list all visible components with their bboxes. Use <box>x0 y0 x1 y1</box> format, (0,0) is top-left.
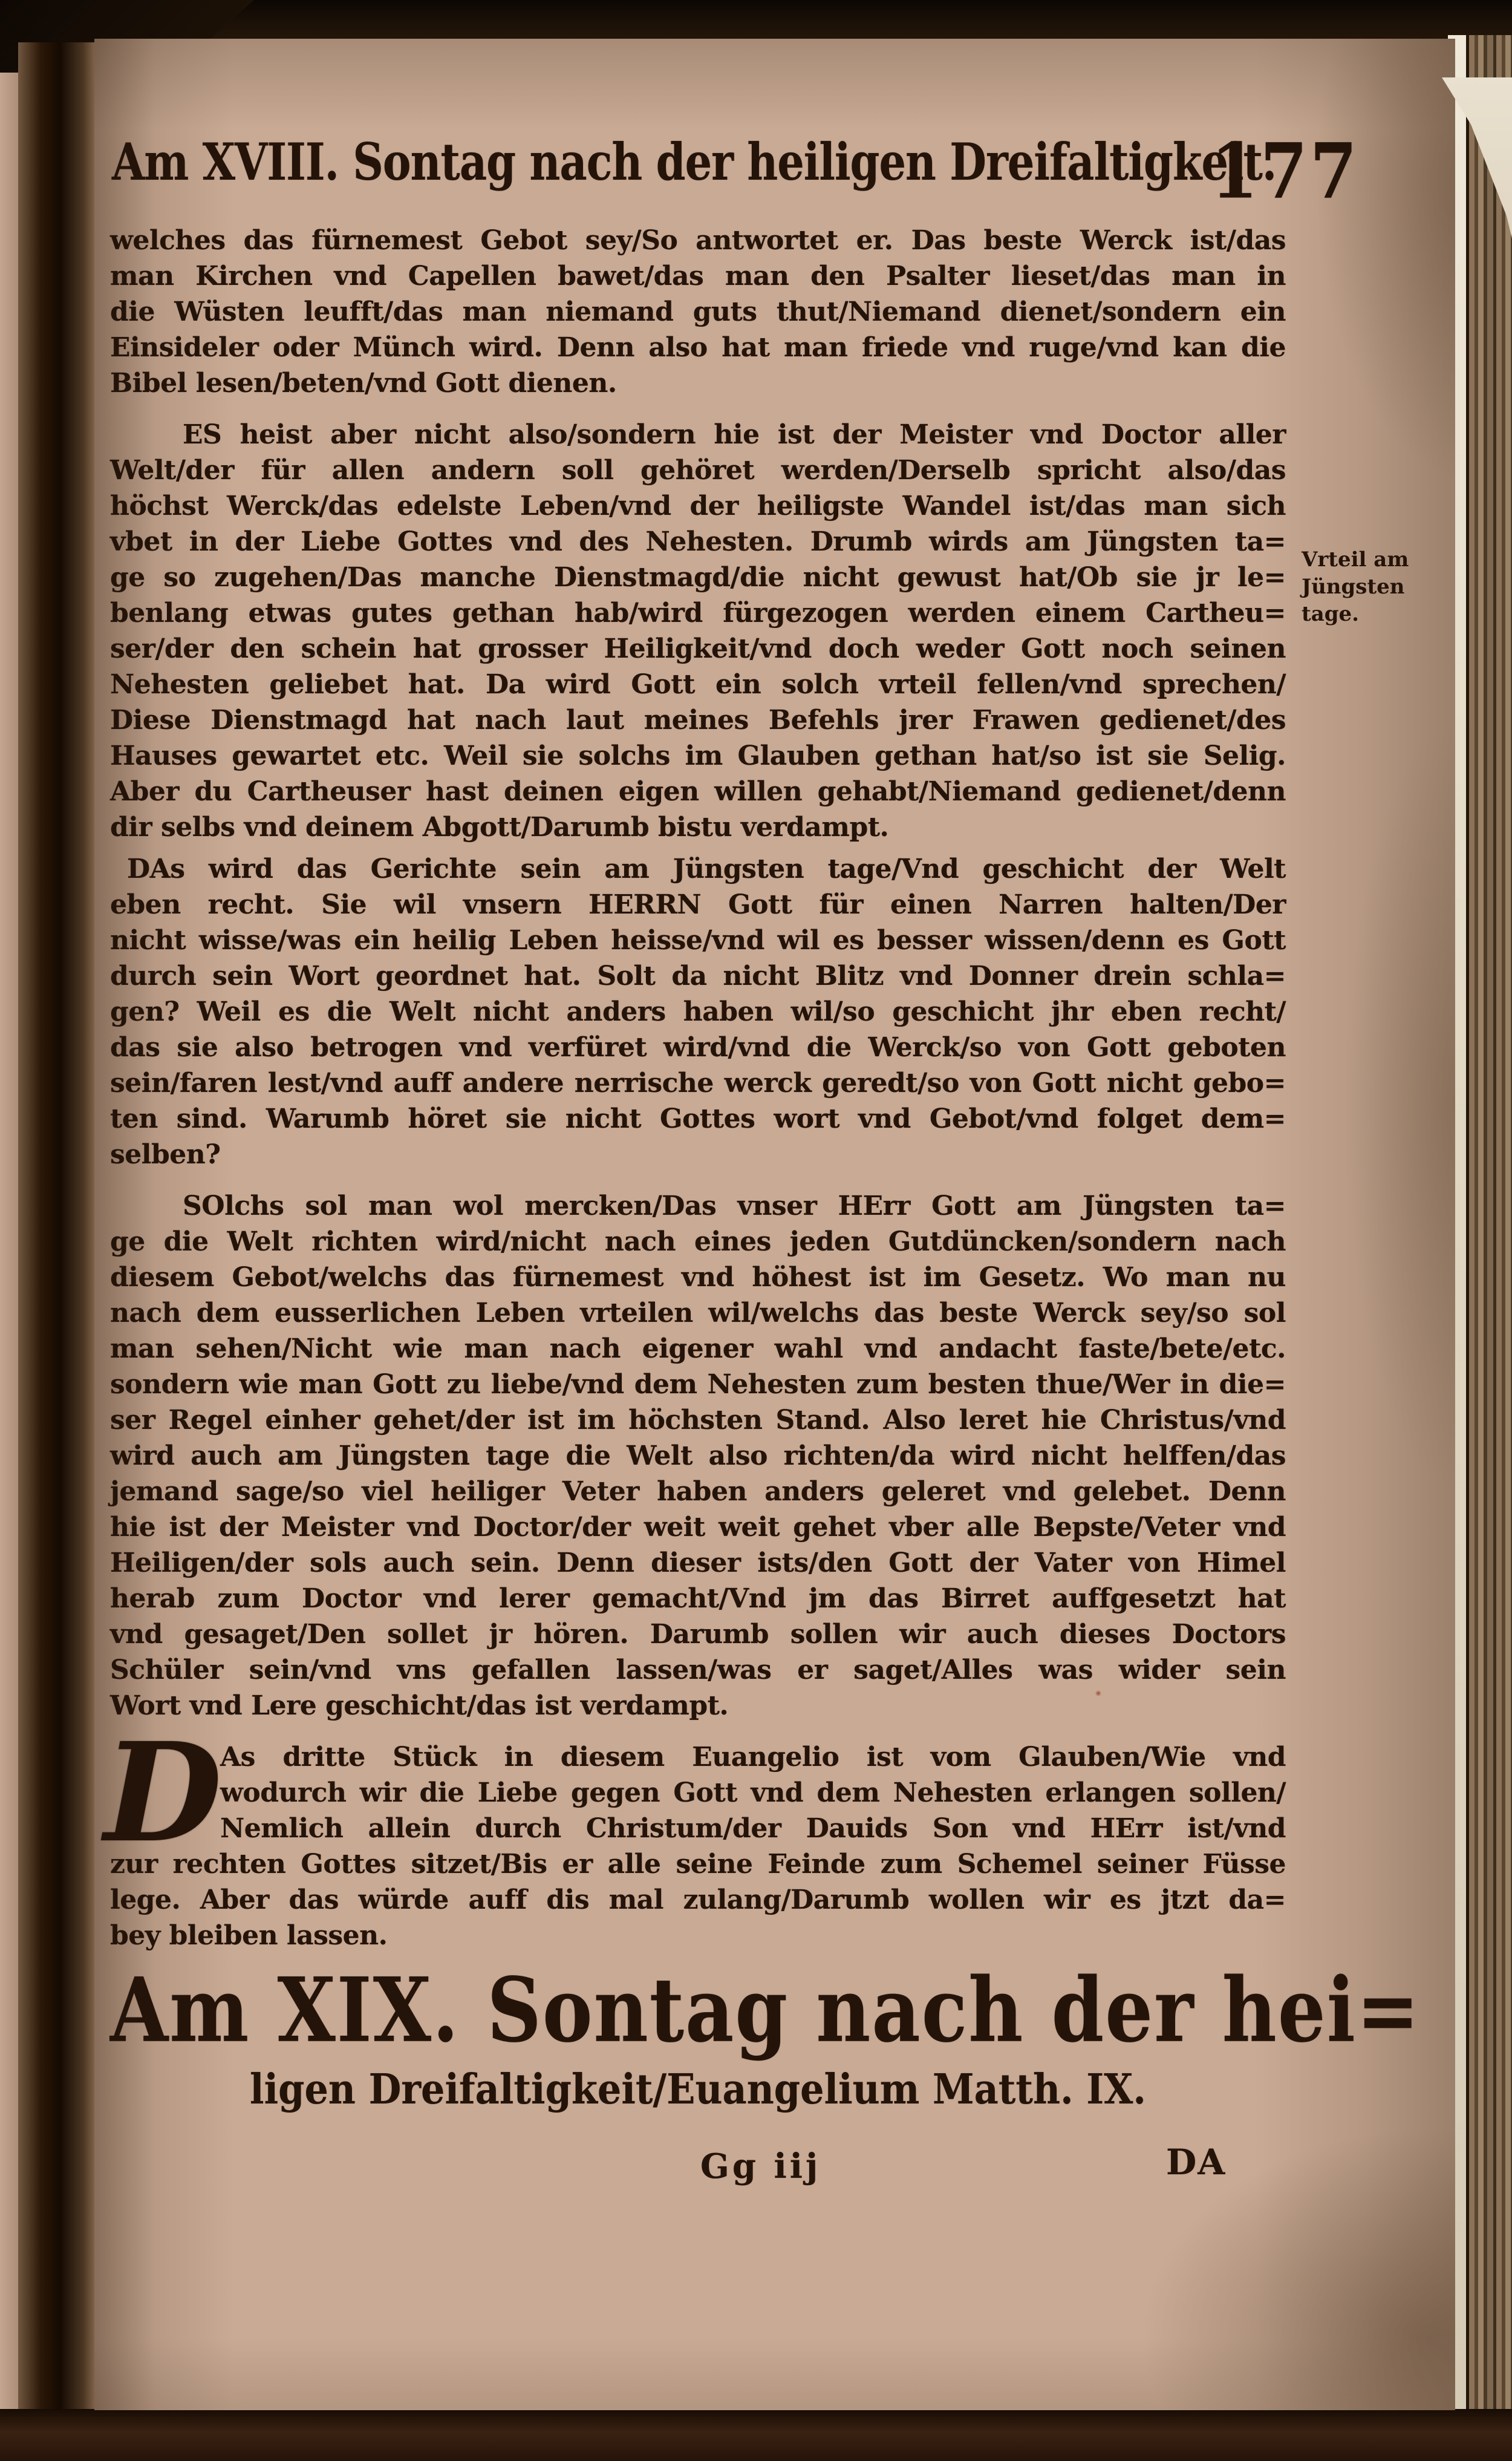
text-line: wodurch wir die Liebe gegen Gott vnd dem… <box>110 1775 1286 1811</box>
text-line: man Kirchen vnd Capellen bawet/das man d… <box>110 258 1286 294</box>
text-line: ES heist aber nicht also/sondern hie ist… <box>110 417 1286 453</box>
text-line: sein/faren lest/vnd auff andere nerrisch… <box>110 1065 1286 1101</box>
text-line: wird auch am Jüngsten tage die Welt also… <box>110 1438 1286 1474</box>
text-line: jemand sage/so viel heiliger Veter haben… <box>110 1474 1286 1509</box>
text-line: nach dem eusserlichen Leben vrteilen wil… <box>110 1295 1286 1331</box>
section-heading: Am XIX. Sontag nach der hei= ligen Dreif… <box>110 1959 1286 2109</box>
text-line: Hauses gewartet etc. Weil sie solchs im … <box>110 738 1286 774</box>
paragraph: DAs wird das Gerichte sein am Jüngsten t… <box>110 851 1286 1172</box>
paragraph: welches das fürnemest Gebot sey/So antwo… <box>110 223 1286 401</box>
page-number: 177 <box>1211 127 1360 216</box>
text-line: ser/der den schein hat grosser Heiligkei… <box>110 631 1286 667</box>
margin-note-line: tage. <box>1302 601 1456 628</box>
text-line: man sehen/Nicht wie man nach eigener wah… <box>110 1331 1286 1367</box>
margin-note-line: Vrteil am <box>1302 546 1456 574</box>
text-line: herab zum Doctor vnd lerer gemacht/Vnd j… <box>110 1581 1286 1616</box>
text-line: hie ist der Meister vnd Doctor/der weit … <box>110 1509 1286 1545</box>
text-line: Heiligen/der sols auch sein. Denn dieser… <box>110 1545 1286 1581</box>
text-line: vnd gesaget/Den sollet jr hören. Darumb … <box>110 1616 1286 1652</box>
text-line: DAs wird das Gerichte sein am Jüngsten t… <box>110 851 1286 887</box>
text-line: bey bleiben lassen. <box>110 1918 1286 1953</box>
text-line: das sie also betrogen vnd verfüret wird/… <box>110 1030 1286 1065</box>
body-text: welches das fürnemest Gebot sey/So antwo… <box>110 223 1286 1953</box>
text-line: ge so zugehen/Das manche Dienstmagd/die … <box>110 560 1286 595</box>
text-line: Aber du Cartheuser hast deinen eigen wil… <box>110 774 1286 809</box>
text-line: welches das fürnemest Gebot sey/So antwo… <box>110 223 1286 258</box>
paragraph: ES heist aber nicht also/sondern hie ist… <box>110 417 1286 845</box>
text-line: Einsideler oder Münch wird. Denn also ha… <box>110 330 1286 365</box>
text-line: Nehesten geliebet hat. Da wird Gott ein … <box>110 667 1286 702</box>
text-line: nicht wisse/was ein heilig Leben heisse/… <box>110 923 1286 958</box>
gutter-shadow <box>18 42 94 2409</box>
text-line: As dritte Stück in diesem Euangelio ist … <box>110 1739 1286 1775</box>
paragraph: DAs dritte Stück in diesem Euangelio ist… <box>110 1739 1286 1953</box>
paragraph: SOlchs sol man wol mercken/Das vnser HEr… <box>110 1188 1286 1724</box>
text-line: Welt/der für allen andern soll gehöret w… <box>110 453 1286 488</box>
text-line: Nemlich allein durch Christum/der Dauids… <box>110 1811 1286 1846</box>
text-line: durch sein Wort geordnet hat. Solt da ni… <box>110 958 1286 994</box>
opposite-page-edge <box>0 73 18 2409</box>
margin-note-line: Jüngsten <box>1302 574 1456 601</box>
text-line: diesem Gebot/welchs das fürnemest vnd hö… <box>110 1260 1286 1295</box>
text-line: Schüler sein/vnd vns gefallen lassen/was… <box>110 1652 1286 1688</box>
text-line: benlang etwas gutes gethan hab/wird fürg… <box>110 595 1286 631</box>
text-line: ge die Welt richten wird/nicht nach eine… <box>110 1224 1286 1260</box>
margin-note: Vrteil amJüngstentage. <box>1302 546 1456 628</box>
text-line: dir selbs vnd deinem Abgott/Darumb bistu… <box>110 809 1286 845</box>
section-heading-line2: ligen Dreifaltigkeit/Euangelium Matth. I… <box>110 2065 1286 2113</box>
fore-edge-page-stack <box>1466 35 1512 2411</box>
running-title: Am XVIII. Sontag nach der heiligen Dreif… <box>112 132 1176 192</box>
text-line: höchst Werck/das edelste Leben/vnd der h… <box>110 488 1286 524</box>
catchword: DA <box>1166 2142 1226 2183</box>
text-line: vbet in der Liebe Gottes vnd des Neheste… <box>110 524 1286 560</box>
text-line: ser Regel einher gehet/der ist im höchst… <box>110 1402 1286 1438</box>
table-surface <box>0 2409 1512 2461</box>
text-line: Diese Dienstmagd hat nach laut meines Be… <box>110 702 1286 738</box>
text-line: lege. Aber das würde auff dis mal zulang… <box>110 1882 1286 1918</box>
text-line: zur rechten Gottes sitzet/Bis er alle se… <box>110 1846 1286 1882</box>
text-line: sondern wie man Gott zu liebe/vnd dem Ne… <box>110 1367 1286 1402</box>
book-photo-scene: Am XVIII. Sontag nach der heiligen Dreif… <box>0 0 1512 2461</box>
signature-mark: Gg iij <box>700 2146 821 2186</box>
text-line: SOlchs sol man wol mercken/Das vnser HEr… <box>110 1188 1286 1224</box>
text-line: gen? Weil es die Welt nicht anders haben… <box>110 994 1286 1030</box>
text-line: selben? <box>110 1137 1286 1172</box>
text-line: Wort vnd Lere geschicht/das ist verdampt… <box>110 1688 1286 1724</box>
text-line: ten sind. Warumb höret sie nicht Gottes … <box>110 1101 1286 1137</box>
section-heading-line1: Am XIX. Sontag nach der hei= <box>110 1959 1286 2062</box>
text-line: eben recht. Sie wil vnsern HERRN Gott fü… <box>110 887 1286 923</box>
text-line: Bibel lesen/beten/vnd Gott dienen. <box>110 365 1286 401</box>
text-line: die Wüsten leufft/das man niemand guts t… <box>110 294 1286 330</box>
